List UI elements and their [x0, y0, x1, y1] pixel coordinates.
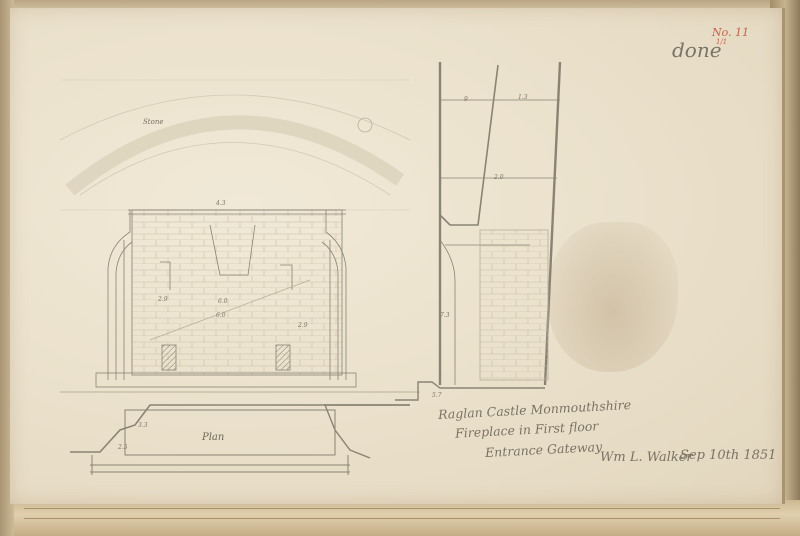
elevation-view [60, 80, 420, 392]
dimension-label: 2.0 [494, 174, 504, 181]
dimension-label: 2.5 [118, 444, 128, 451]
dimension-label: 1.3 [518, 94, 528, 101]
plan-view [70, 405, 410, 475]
artist-signature: Wm L. Walker [600, 450, 693, 465]
dimension-label: 4.3 [216, 200, 226, 207]
dimension-label: 6.0 [216, 312, 226, 319]
stone-label: Stone [143, 118, 163, 126]
signature-date: Sep 10th 1851 [680, 448, 776, 463]
status-note: done [672, 38, 722, 62]
dimension-label: 2.9 [298, 322, 308, 329]
dimension-label: 3.3 [138, 422, 148, 429]
plan-label: Plan [202, 432, 224, 443]
dimension-label: 9 [464, 96, 468, 103]
dimension-label: 5.7 [432, 392, 442, 399]
dimension-label: 2.9 [158, 296, 168, 303]
section-view [395, 62, 560, 400]
dimension-label: 6.0 [218, 298, 228, 305]
dimension-label: 7.3 [440, 312, 450, 319]
